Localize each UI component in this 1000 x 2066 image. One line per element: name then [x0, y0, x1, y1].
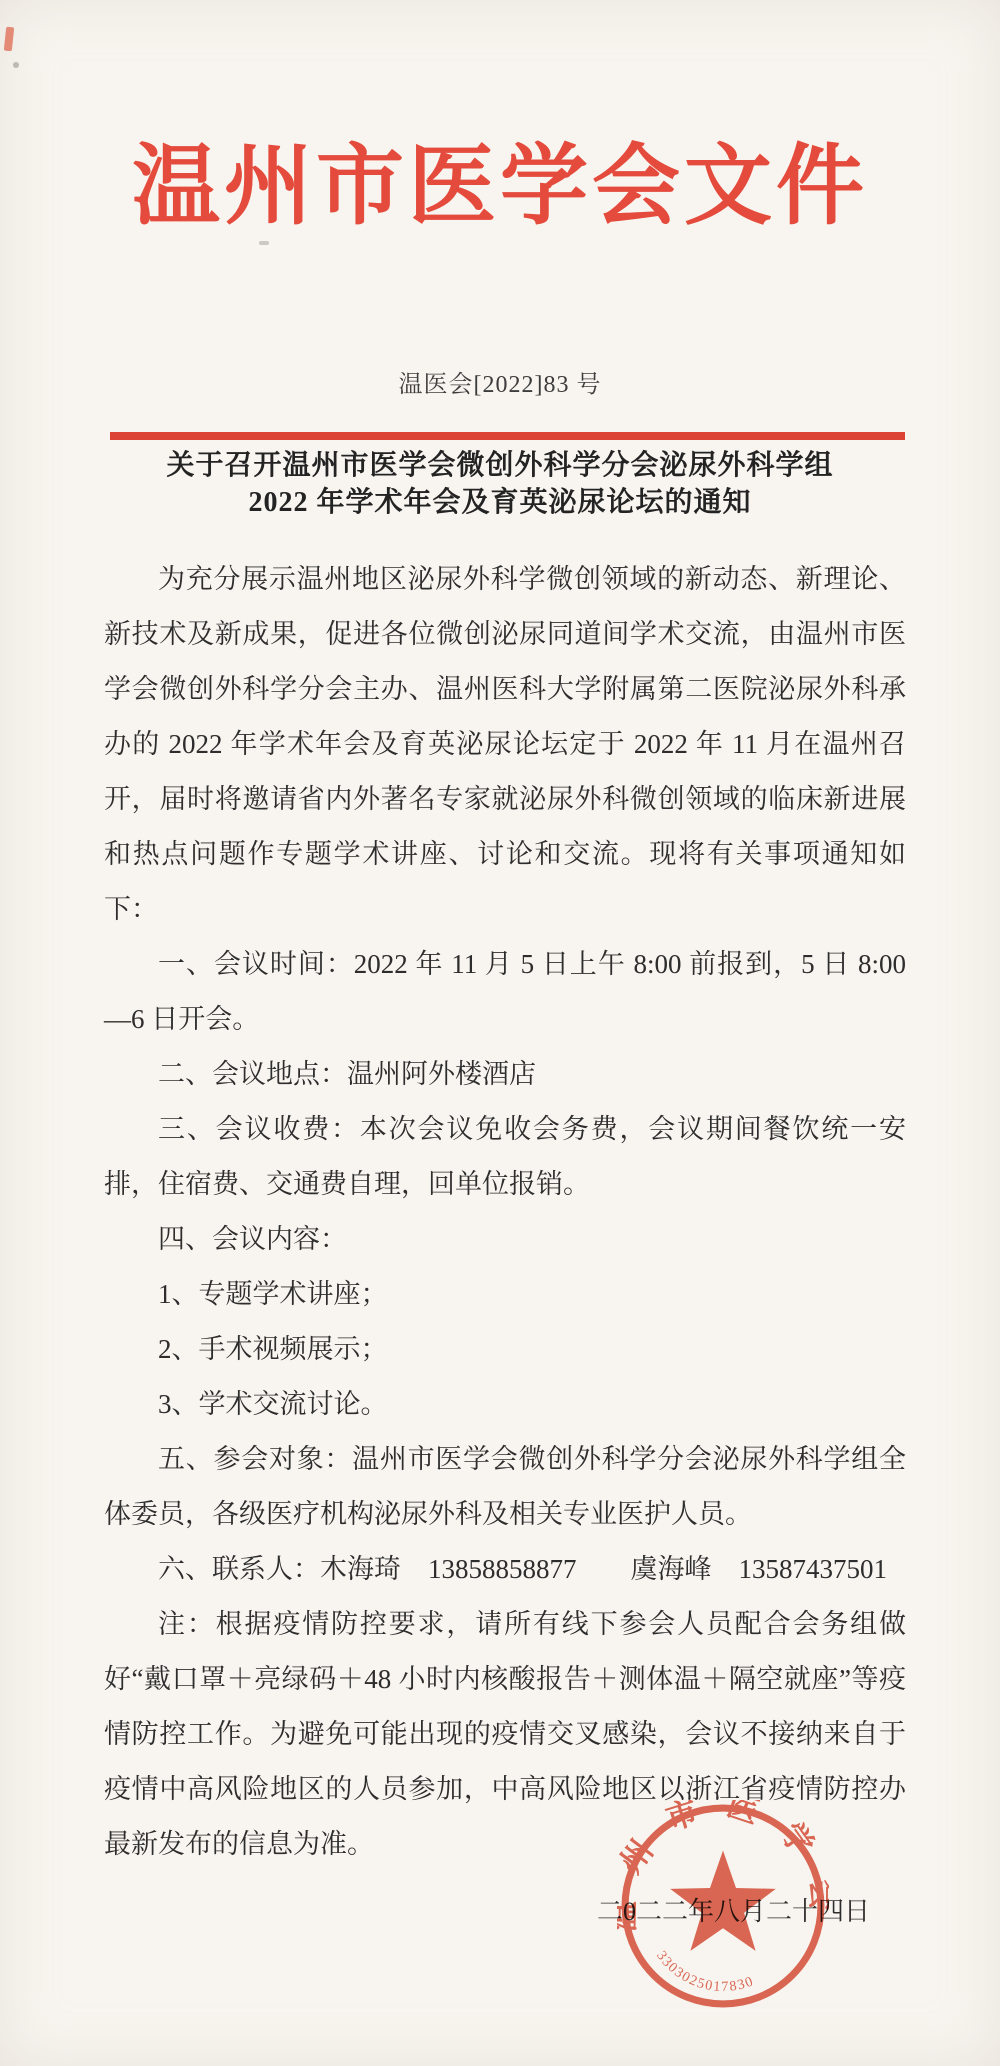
item-contacts: 六、联系人：木海琦 13858858877 虞海峰 13587437501: [104, 1542, 906, 1597]
subitem-discussion: 3、学术交流讨论。: [104, 1377, 906, 1432]
scan-artifact: [13, 62, 19, 68]
item-meeting-location: 二、会议地点：温州阿外楼酒店: [104, 1047, 906, 1102]
scanned-document-page: 温州市医学会文件 温医会[2022]83 号 关于召开温州市医学会微创外科学分会…: [0, 0, 1000, 2066]
red-divider-rule: [110, 432, 905, 440]
scan-artifact: [4, 27, 14, 52]
item-participants: 五、参会对象：温州市医学会微创外科学分会泌尿外科学组全体委员，各级医疗机构泌尿外…: [104, 1432, 906, 1542]
official-seal: 温州市医学会 3303025017830: [617, 1800, 829, 2012]
document-body: 为充分展示温州地区泌尿外科学微创领域的新动态、新理论、新技术及新成果，促进各位微…: [104, 552, 906, 1872]
document-title: 关于召开温州市医学会微创外科学分会泌尿外科学组 2022 年学术年会及育英泌尿论…: [0, 447, 1000, 521]
document-title-line1: 关于召开温州市医学会微创外科学分会泌尿外科学组: [0, 447, 1000, 484]
org-header-title: 温州市医学会文件: [0, 116, 1000, 242]
item-meeting-content: 四、会议内容：: [104, 1212, 906, 1267]
document-title-line2: 2022 年学术年会及育英泌尿论坛的通知: [0, 484, 1000, 521]
item-meeting-fee: 三、会议收费：本次会议免收会务费，会议期间餐饮统一安排，住宿费、交通费自理，回单…: [104, 1102, 906, 1212]
official-seal-graphic: 温州市医学会 3303025017830: [617, 1800, 829, 2012]
subitem-surgery-video: 2、手术视频展示；: [104, 1322, 906, 1377]
item-meeting-time: 一、会议时间：2022 年 11 月 5 日上午 8:00 前报到，5 日 8:…: [104, 937, 906, 1047]
seal-star-icon: [670, 1850, 776, 1950]
doc-number: 温医会[2022]83 号: [0, 364, 1000, 399]
paragraph-intro: 为充分展示温州地区泌尿外科学微创领域的新动态、新理论、新技术及新成果，促进各位微…: [104, 552, 906, 937]
subitem-lecture: 1、专题学术讲座；: [104, 1267, 906, 1322]
